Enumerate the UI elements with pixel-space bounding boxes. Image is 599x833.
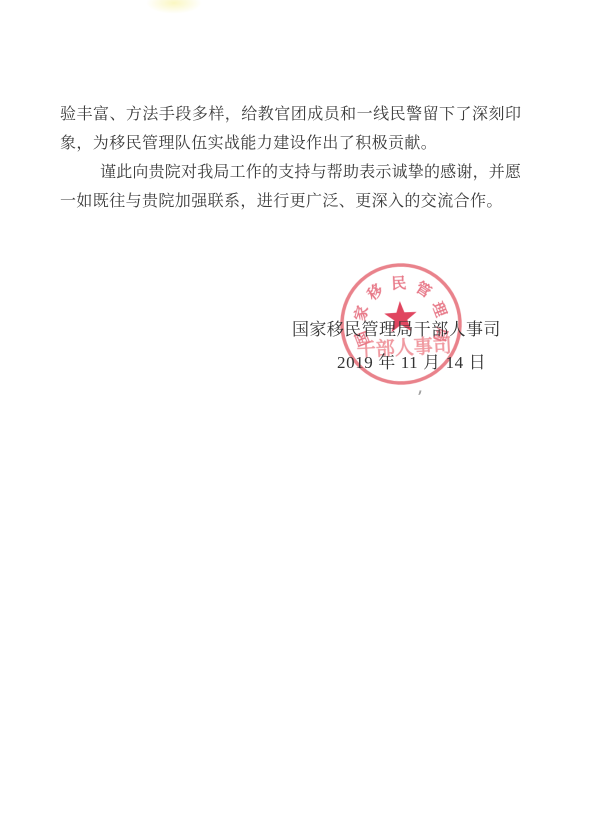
body-line: 验丰富、方法手段多样，给教官团成员和一线民警留下了深刻印 (60, 100, 521, 129)
letter-body: 验丰富、方法手段多样，给教官团成员和一线民警留下了深刻印 象，为移民管理队伍实战… (60, 100, 521, 216)
body-line: 谨此向贵院对我局工作的支持与帮助表示诚挚的感谢，并愿 (60, 158, 521, 187)
svg-text:管: 管 (412, 278, 434, 301)
svg-text:移: 移 (363, 280, 388, 305)
body-line: 象，为移民管理队伍实战能力建设作出了积极贡献。 (60, 129, 521, 158)
scanned-letter-page: 验丰富、方法手段多样，给教官团成员和一线民警留下了深刻印 象，为移民管理队伍实战… (0, 0, 599, 833)
signature-date: 2019 年 11 月 14 日 (337, 348, 486, 373)
scan-speck (416, 390, 421, 396)
svg-text:民: 民 (391, 275, 407, 293)
signature-organization: 国家移民管理局干部人事司 (292, 315, 501, 340)
body-line: 一如既往与贵院加强联系，进行更广泛、更深入的交流合作。 (60, 187, 521, 216)
scan-smudge-artifact (146, 0, 202, 14)
